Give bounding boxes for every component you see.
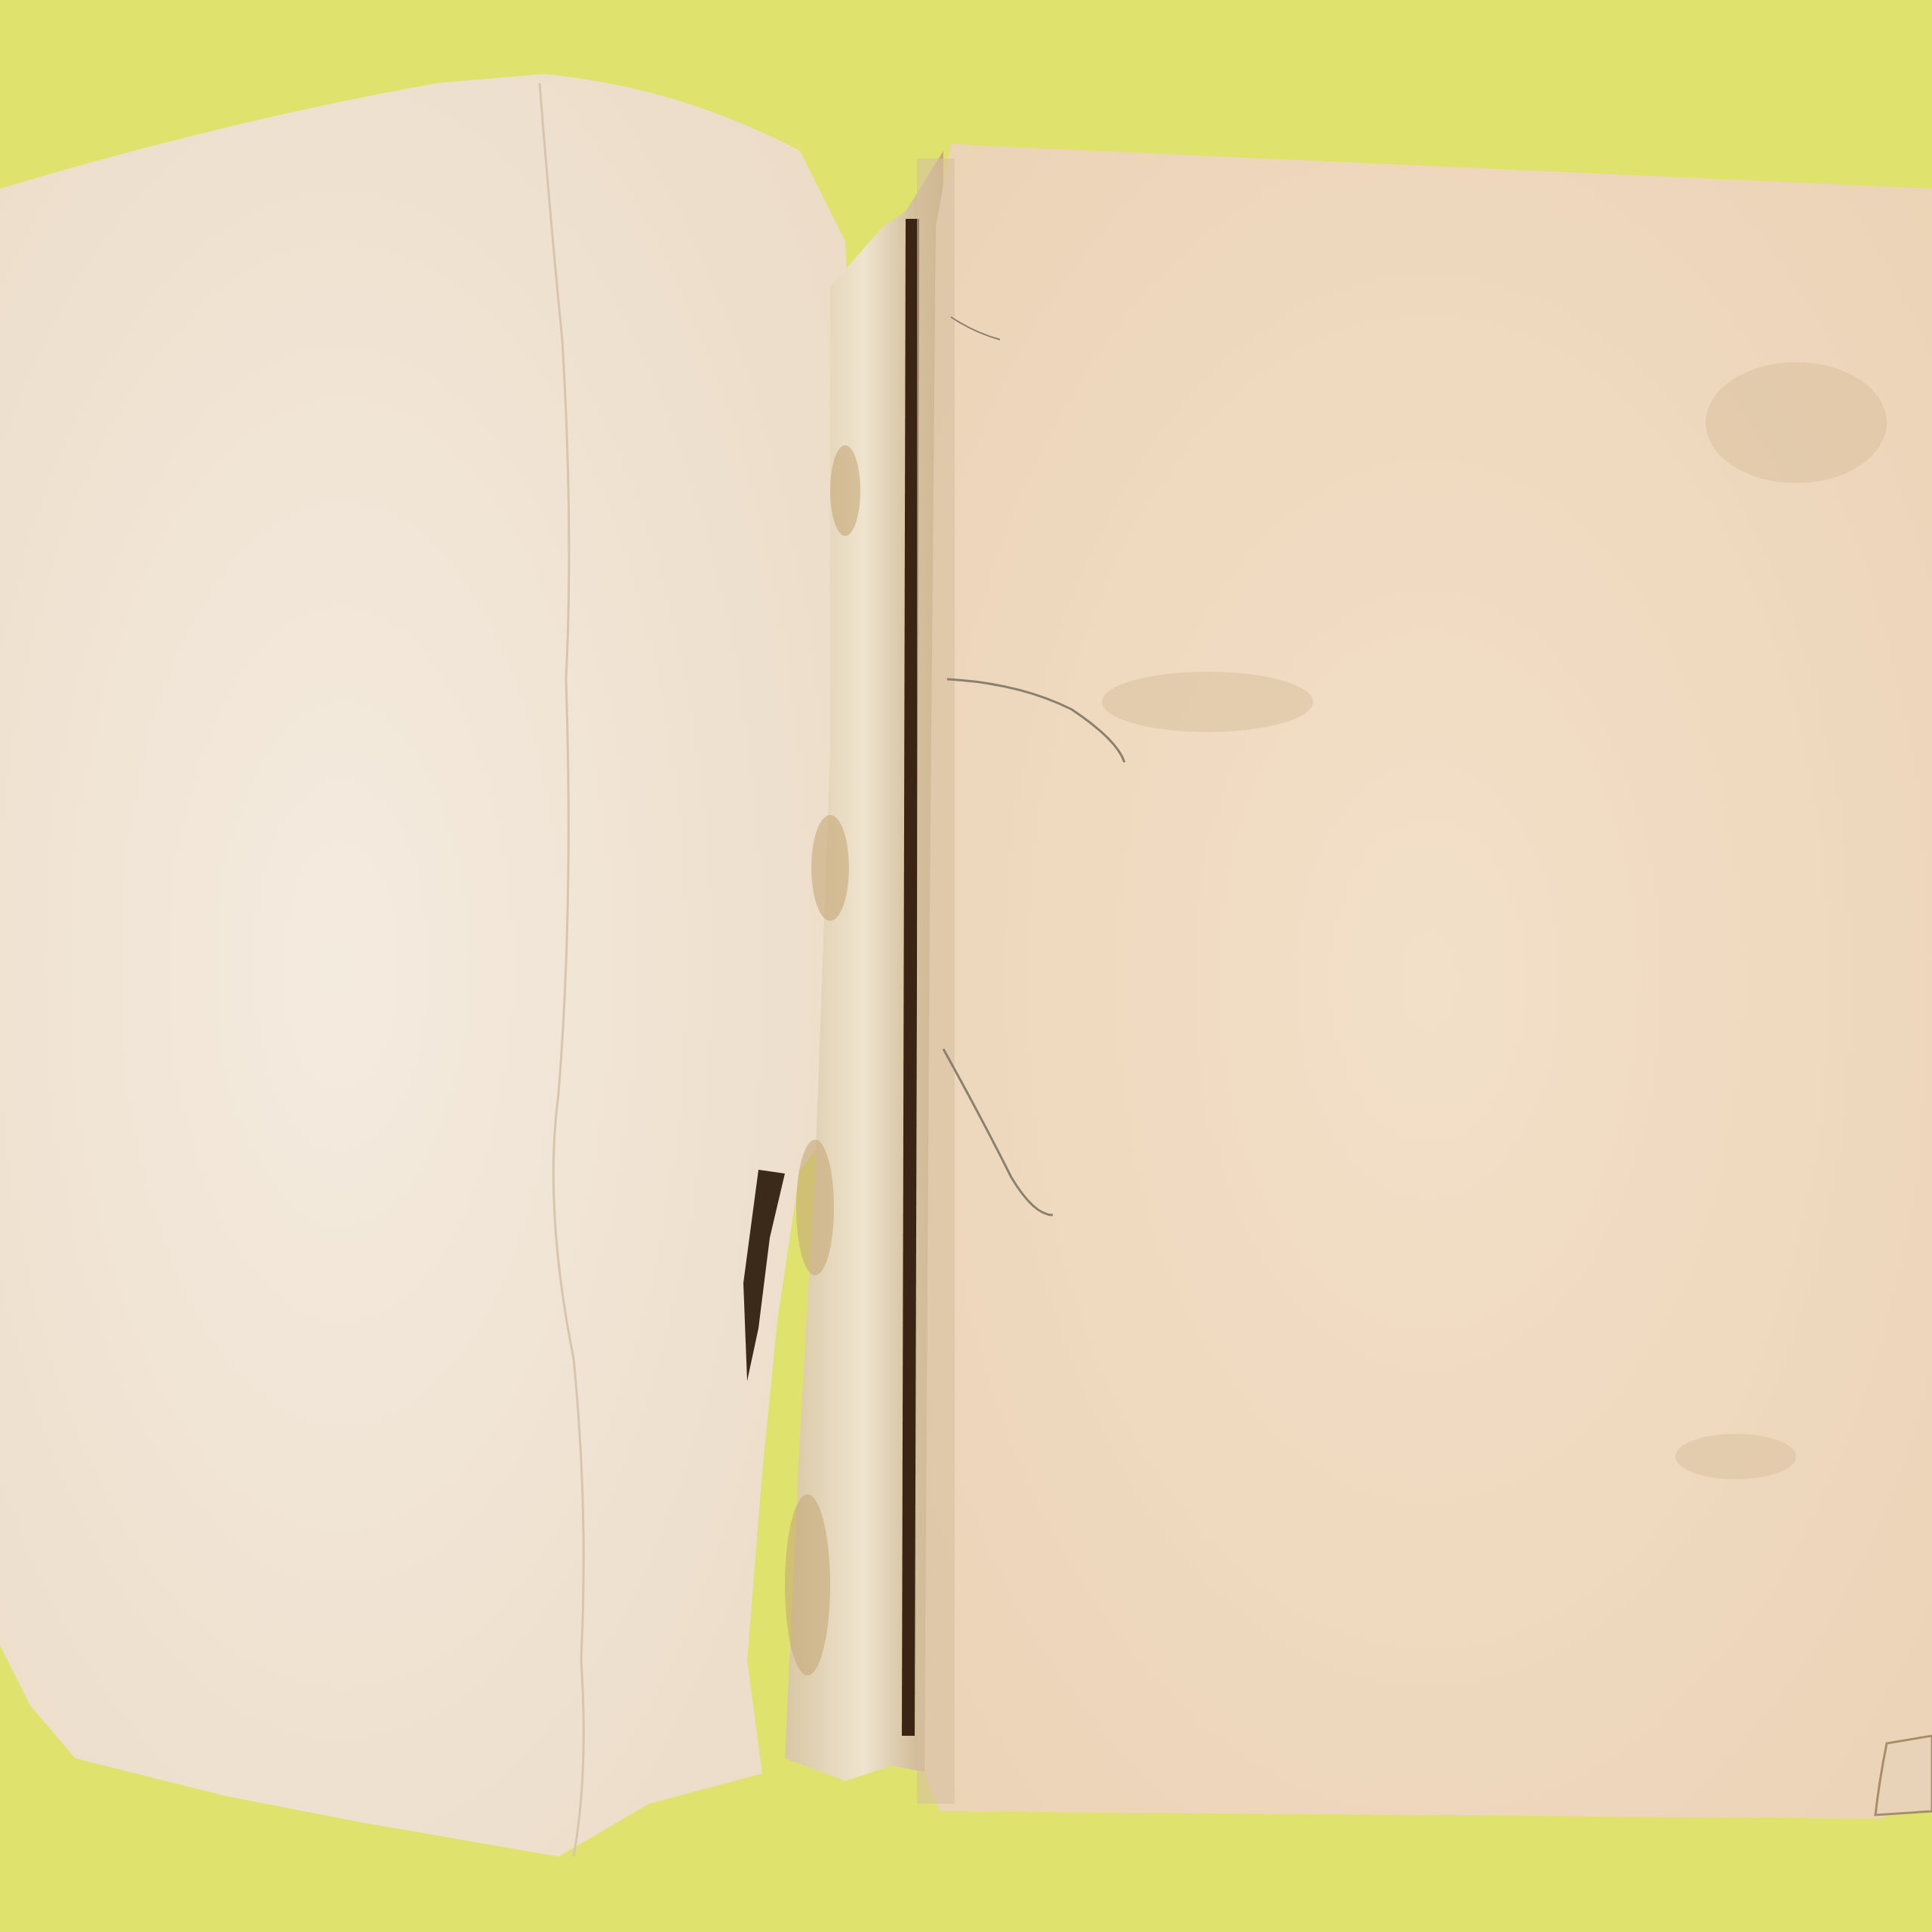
board-edge [917,158,955,1804]
photo-scene: Photograph of an antique book with a dam… [0,0,1932,1932]
left-cover [0,74,853,1857]
